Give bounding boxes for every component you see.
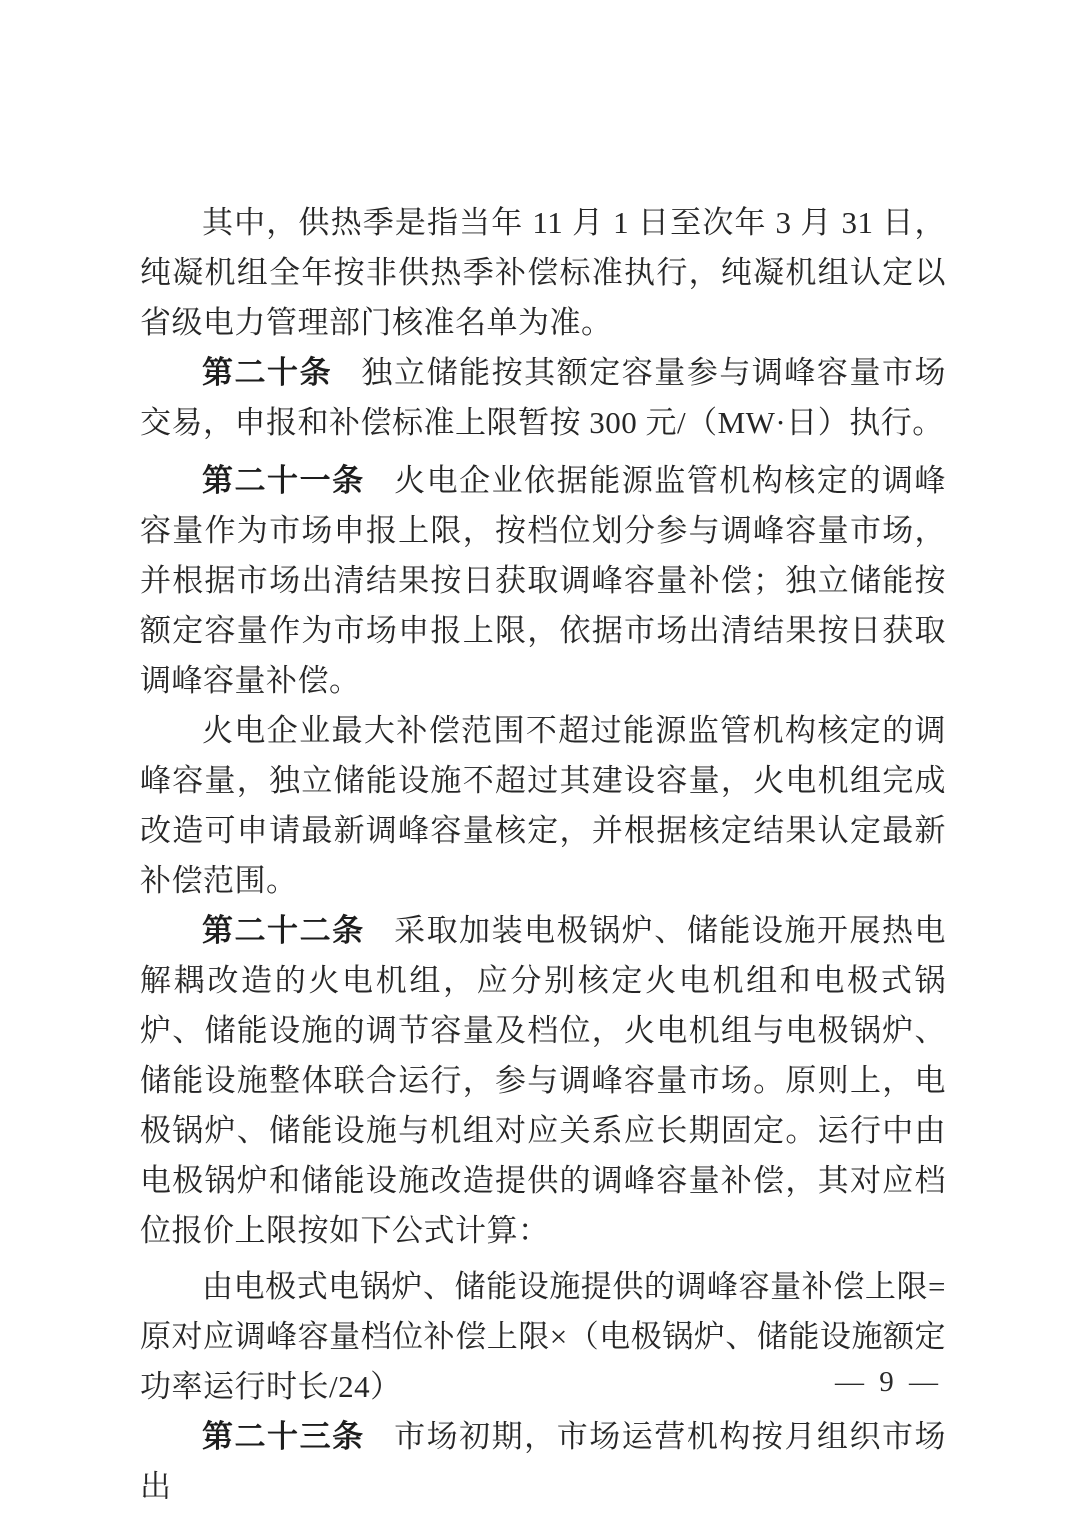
article-number: 第二十条 bbox=[202, 355, 332, 390]
paragraph-text: 由电极式电锅炉、储能设施提供的调峰容量补偿上限=原对应调峰容量档位补偿上限×（电… bbox=[140, 1269, 946, 1404]
paragraph-text: 采取加装电极锅炉、储能设施开展热电解耦改造的火电机组，应分别核定火电机组和电极式… bbox=[140, 913, 946, 1248]
article-number: 第二十二条 bbox=[202, 913, 365, 948]
paragraph-formula: 由电极式电锅炉、储能设施提供的调峰容量补偿上限=原对应调峰容量档位补偿上限×（电… bbox=[140, 1262, 946, 1412]
document-page: 其中，供热季是指当年 11 月 1 日至次年 3 月 31 日，纯凝机组全年按非… bbox=[0, 0, 1080, 1527]
article-number: 第二十一条 bbox=[202, 463, 365, 498]
paragraph-article-20: 第二十条独立储能按其额定容量参与调峰容量市场交易，申报和补偿标准上限暂按 300… bbox=[140, 348, 946, 448]
paragraph-heating-season-definition: 其中，供热季是指当年 11 月 1 日至次年 3 月 31 日，纯凝机组全年按非… bbox=[140, 198, 946, 348]
paragraph-article-22: 第二十二条采取加装电极锅炉、储能设施开展热电解耦改造的火电机组，应分别核定火电机… bbox=[140, 906, 946, 1256]
paragraph-text: 其中，供热季是指当年 11 月 1 日至次年 3 月 31 日，纯凝机组全年按非… bbox=[140, 205, 946, 340]
paragraph-text: 火电企业依据能源监管机构核定的调峰容量作为市场申报上限，按档位划分参与调峰容量市… bbox=[140, 463, 946, 698]
paragraph-compensation-scope: 火电企业最大补偿范围不超过能源监管机构核定的调峰容量，独立储能设施不超过其建设容… bbox=[140, 706, 946, 906]
document-text-block: 其中，供热季是指当年 11 月 1 日至次年 3 月 31 日，纯凝机组全年按非… bbox=[140, 198, 946, 1512]
article-number: 第二十三条 bbox=[202, 1419, 365, 1454]
paragraph-article-21: 第二十一条火电企业依据能源监管机构核定的调峰容量作为市场申报上限，按档位划分参与… bbox=[140, 456, 946, 706]
paragraph-text: 火电企业最大补偿范围不超过能源监管机构核定的调峰容量，独立储能设施不超过其建设容… bbox=[140, 713, 946, 898]
paragraph-article-23: 第二十三条市场初期，市场运营机构按月组织市场出 bbox=[140, 1412, 946, 1512]
page-number: — 9 — bbox=[835, 1360, 942, 1404]
